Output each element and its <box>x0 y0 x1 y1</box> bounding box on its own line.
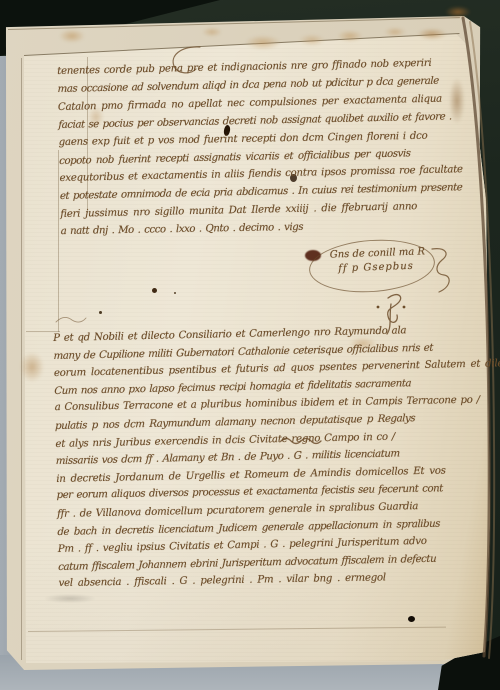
ink-dot <box>152 288 157 293</box>
stain <box>337 30 363 42</box>
chancery-note-line: Gns de conill ma R <box>330 246 426 260</box>
ink-dot <box>408 616 415 622</box>
chancery-note: Gns de conill ma R ff p Gsepbus <box>330 246 426 274</box>
stain <box>417 28 447 40</box>
stain <box>59 29 85 43</box>
stain <box>299 34 325 46</box>
manuscript-photo: tenentes corde pub pena pre et indignaci… <box>0 0 500 690</box>
stain <box>245 35 281 50</box>
paragraph-2: P et qd Nobili et dilecto Consiliario et… <box>53 321 473 594</box>
ink-dot <box>174 292 176 294</box>
stain <box>20 352 44 382</box>
paragraph-1: tenentes corde pub pena pre et indignaci… <box>57 54 465 242</box>
ink-dot <box>99 311 102 314</box>
stain <box>202 27 222 37</box>
pen-flourish-note <box>428 245 454 299</box>
stain <box>384 27 406 37</box>
faded-pencil-marks <box>44 594 96 603</box>
pen-squiggle-margin <box>54 312 88 328</box>
stain-page-corner <box>445 6 471 18</box>
